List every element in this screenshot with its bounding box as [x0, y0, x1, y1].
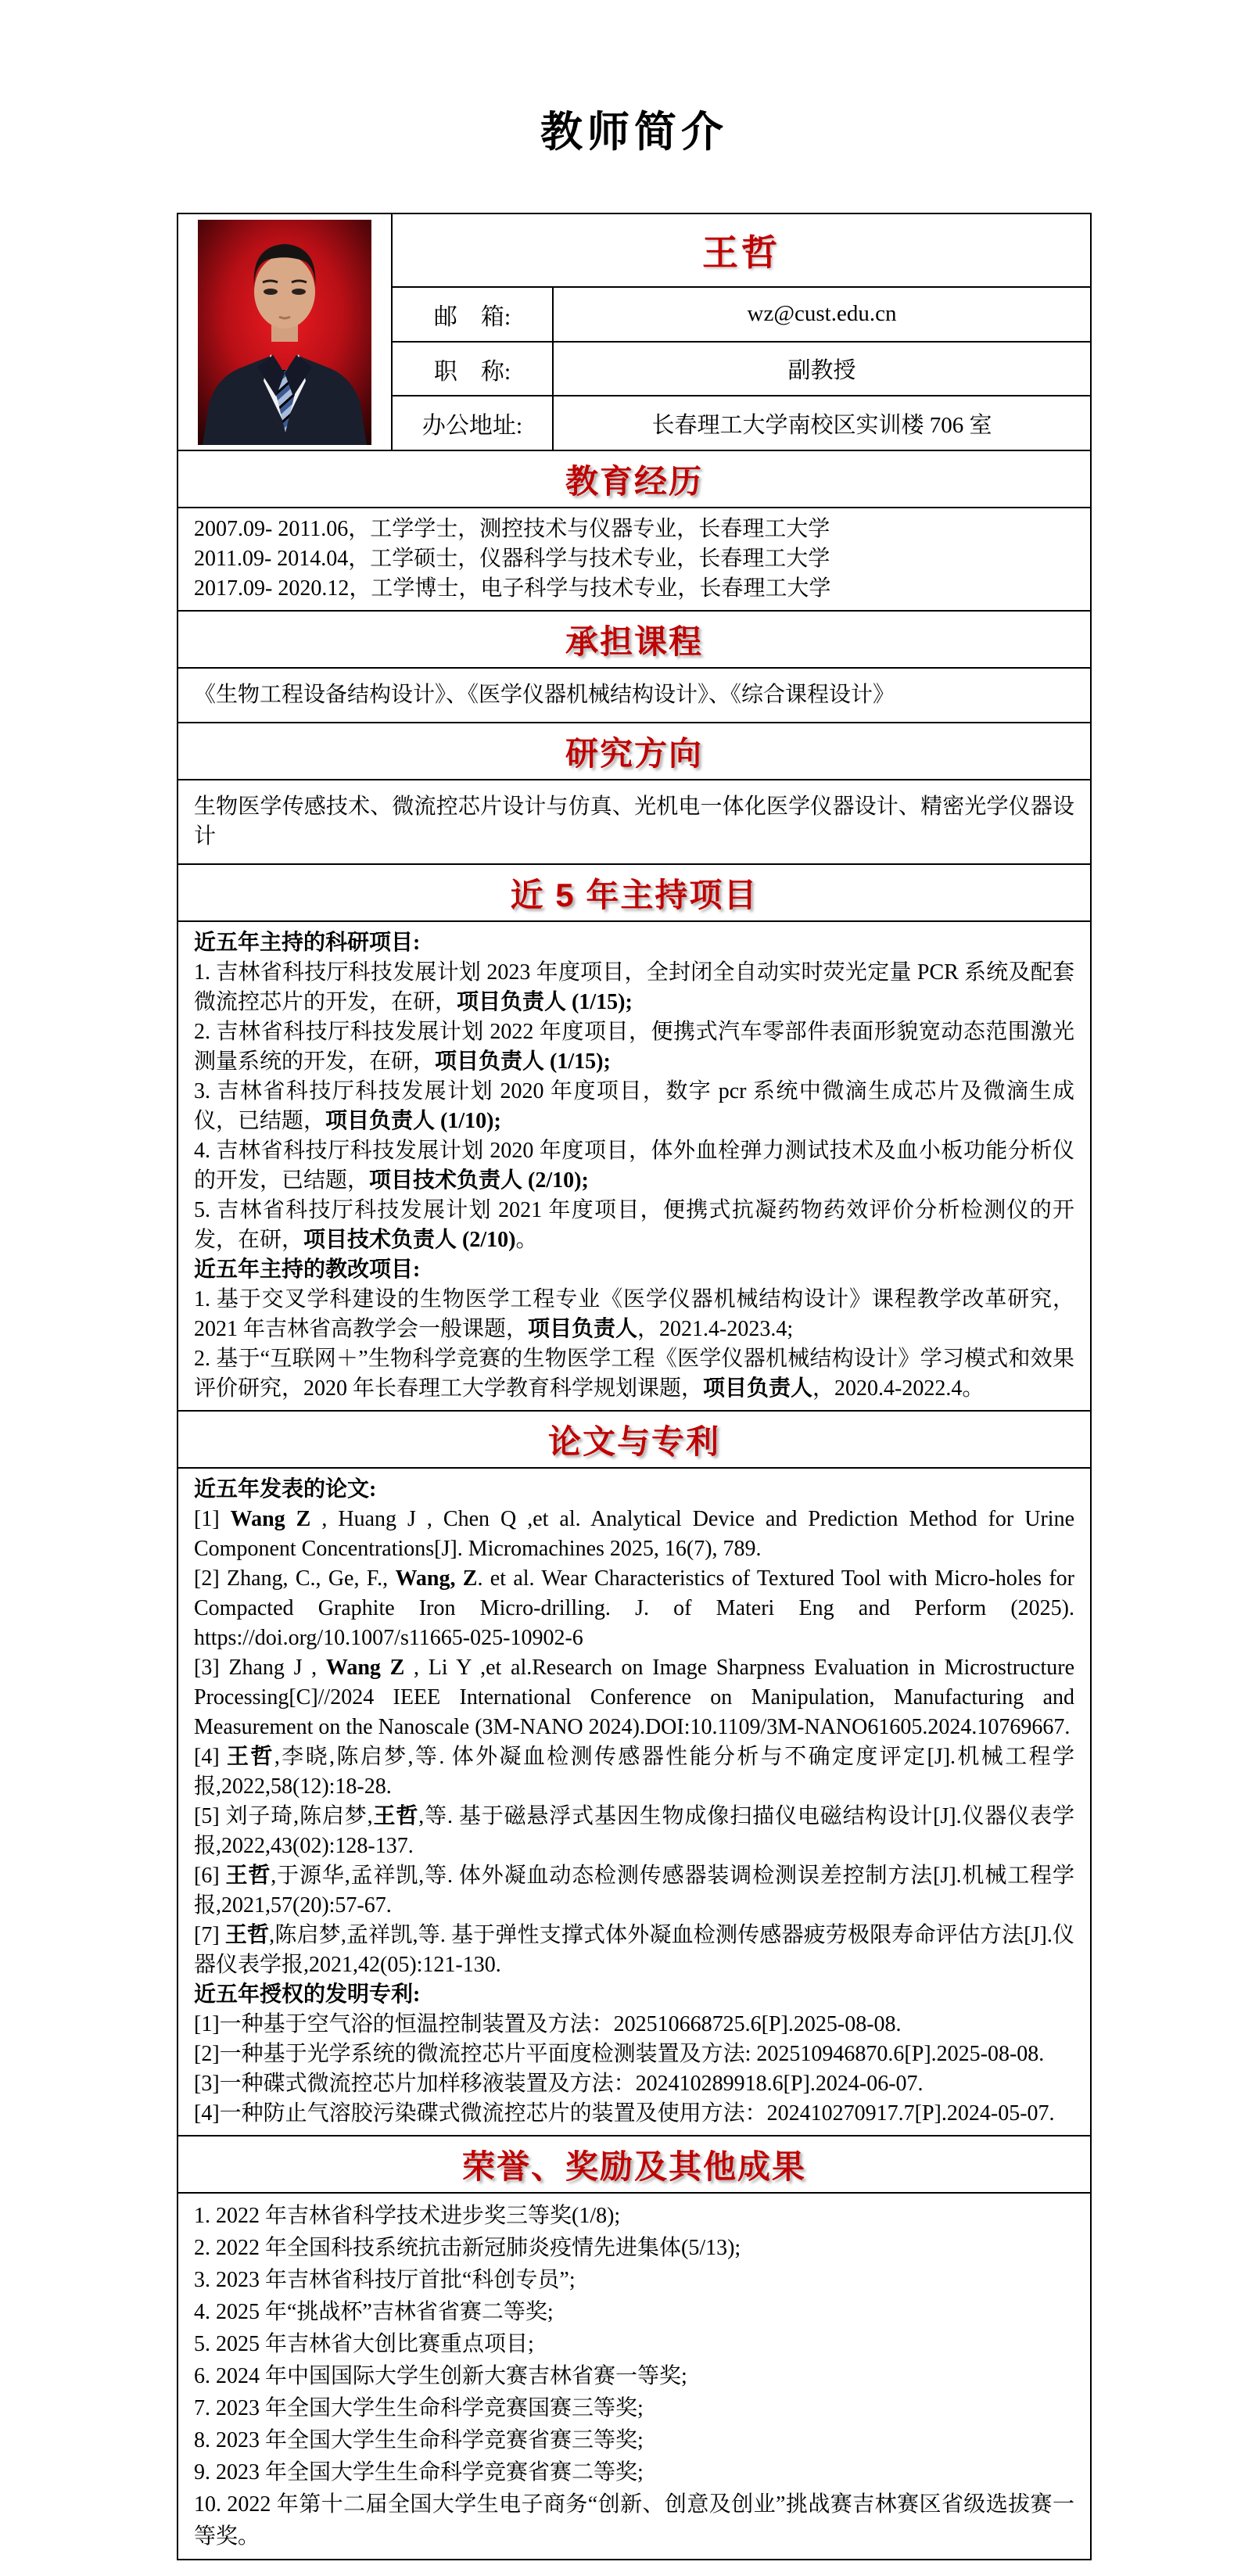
section-header-papers: 论文与专利	[178, 1412, 1090, 1469]
content-paragraph: [4] 王哲,李晓,陈启梦,等. 体外凝血检测传感器性能分析与不确定度评定[J]…	[194, 1742, 1074, 1802]
content-paragraph: 5. 2025 年吉林省大创比赛重点项目;	[194, 2328, 1074, 2360]
content-paragraph: 2011.09- 2014.04，工学硕士，仪器科学与技术专业，长春理工大学	[194, 544, 1074, 574]
basic-info-fields: 王哲 邮 箱: wz@cust.edu.cn 职 称: 副教授 办公地址: 长春…	[393, 214, 1090, 450]
content-paragraph: 6. 2024 年中国国际大学生创新大赛吉林省赛一等奖;	[194, 2360, 1074, 2392]
content-paragraph: [3]一种碟式微流控芯片加样移液装置及方法：202410289918.6[P].…	[194, 2069, 1074, 2099]
email-value: wz@cust.edu.cn	[554, 288, 1090, 341]
section-content-projects: 近五年主持的科研项目:1. 吉林省科技厅科技发展计划 2023 年度项目，全封闭…	[178, 922, 1090, 1412]
content-paragraph: 近五年发表的论文:	[194, 1475, 1074, 1505]
content-paragraph: [1] Wang Z , Huang J , Chen Q ,et al. An…	[194, 1505, 1074, 1564]
content-paragraph: 8. 2023 年全国大学生生命科学竞赛省赛三等奖;	[194, 2424, 1074, 2456]
teacher-photo	[198, 220, 371, 445]
section-header-projects: 近 5 年主持项目	[178, 865, 1090, 922]
sections-container: 教育经历2007.09- 2011.06，工学学士，测控技术与仪器专业，长春理工…	[178, 451, 1090, 2559]
field-row-email: 邮 箱: wz@cust.edu.cn	[393, 288, 1090, 343]
content-paragraph: 1. 吉林省科技厅科技发展计划 2023 年度项目，全封闭全自动实时荧光定量 P…	[194, 958, 1074, 1017]
content-paragraph: 近五年授权的发明专利:	[194, 1980, 1074, 2010]
job-title-label: 职 称:	[393, 343, 554, 396]
teacher-name: 王哲	[393, 214, 1090, 288]
content-paragraph: 2007.09- 2011.06，工学学士，测控技术与仪器专业，长春理工大学	[194, 515, 1074, 544]
content-paragraph: 7. 2023 年全国大学生生命科学竞赛国赛三等奖;	[194, 2392, 1074, 2424]
section-header-honors: 荣誉、奖励及其他成果	[178, 2137, 1090, 2194]
section-content-courses: 《生物工程设备结构设计》、《医学仪器机械结构设计》、《综合课程设计》	[178, 669, 1090, 723]
section-header-education: 教育经历	[178, 451, 1090, 508]
content-paragraph: 9. 2023 年全国大学生生命科学竞赛省赛二等奖;	[194, 2456, 1074, 2488]
content-paragraph: 10. 2022 年第十二届全国大学生电子商务“创新、创意及创业”挑战赛吉林赛区…	[194, 2488, 1074, 2553]
content-paragraph: 《生物工程设备结构设计》、《医学仪器机械结构设计》、《综合课程设计》	[194, 680, 1074, 710]
basic-info-section: 王哲 邮 箱: wz@cust.edu.cn 职 称: 副教授 办公地址: 长春…	[178, 214, 1090, 451]
job-title-value: 副教授	[554, 343, 1090, 396]
section-content-research: 生物医学传感技术、微流控芯片设计与仿真、光机电一体化医学仪器设计、精密光学仪器设…	[178, 780, 1090, 865]
content-paragraph: [1]一种基于空气浴的恒温控制装置及方法：202510668725.6[P].2…	[194, 2010, 1074, 2040]
content-paragraph: [2]一种基于光学系统的微流控芯片平面度检测装置及方法: 20251094687…	[194, 2040, 1074, 2069]
page-title: 教师简介	[177, 99, 1092, 159]
office-label: 办公地址:	[393, 396, 554, 450]
content-paragraph: 4. 吉林省科技厅科技发展计划 2020 年度项目，体外血栓弹力测试技术及血小板…	[194, 1136, 1074, 1196]
content-paragraph: [7] 王哲,陈启梦,孟祥凯,等. 基于弹性支撑式体外凝血检测传感器疲劳极限寿命…	[194, 1921, 1074, 1980]
content-paragraph: 2. 吉林省科技厅科技发展计划 2022 年度项目，便携式汽车零部件表面形貌宽动…	[194, 1017, 1074, 1077]
content-paragraph: 1. 基于交叉学科建设的生物医学工程专业《医学仪器机械结构设计》课程教学改革研究…	[194, 1285, 1074, 1344]
content-paragraph: [5] 刘子琦,陈启梦,王哲,等. 基于磁悬浮式基因生物成像扫描仪电磁结构设计[…	[194, 1802, 1074, 1861]
content-paragraph: [2] Zhang, C., Ge, F., Wang, Z. et al. W…	[194, 1564, 1074, 1653]
content-paragraph: 近五年主持的教改项目:	[194, 1255, 1074, 1285]
profile-table: 王哲 邮 箱: wz@cust.edu.cn 职 称: 副教授 办公地址: 长春…	[177, 213, 1092, 2560]
content-paragraph: 3. 吉林省科技厅科技发展计划 2020 年度项目，数字 pcr 系统中微滴生成…	[194, 1077, 1074, 1136]
content-paragraph: 近五年主持的科研项目:	[194, 928, 1074, 958]
section-content-honors: 1. 2022 年吉林省科学技术进步奖三等奖(1/8);2. 2022 年全国科…	[178, 2194, 1090, 2559]
content-paragraph: 5. 吉林省科技厅科技发展计划 2021 年度项目，便携式抗凝药物药效评价分析检…	[194, 1196, 1074, 1255]
content-paragraph: 生物医学传感技术、微流控芯片设计与仿真、光机电一体化医学仪器设计、精密光学仪器设…	[194, 792, 1074, 852]
content-paragraph: [4]一种防止气溶胶污染碟式微流控芯片的装置及使用方法：202410270917…	[194, 2099, 1074, 2129]
section-content-papers: 近五年发表的论文:[1] Wang Z , Huang J , Chen Q ,…	[178, 1469, 1090, 2137]
field-row-office: 办公地址: 长春理工大学南校区实训楼 706 室	[393, 396, 1090, 450]
content-paragraph: 3. 2023 年吉林省科技厅首批“科创专员”;	[194, 2264, 1074, 2296]
content-paragraph: 1. 2022 年吉林省科学技术进步奖三等奖(1/8);	[194, 2200, 1074, 2232]
section-content-education: 2007.09- 2011.06，工学学士，测控技术与仪器专业，长春理工大学20…	[178, 508, 1090, 612]
email-label: 邮 箱:	[393, 288, 554, 341]
office-value: 长春理工大学南校区实训楼 706 室	[554, 396, 1090, 450]
section-header-courses: 承担课程	[178, 612, 1090, 669]
content-paragraph: [6] 王哲,于源华,孟祥凯,等. 体外凝血动态检测传感器装调检测误差控制方法[…	[194, 1861, 1074, 1921]
section-header-research: 研究方向	[178, 723, 1090, 780]
content-paragraph: [3] Zhang J , Wang Z , Li Y ,et al.Resea…	[194, 1653, 1074, 1742]
content-paragraph: 2. 基于“互联网＋”生物科学竞赛的生物医学工程《医学仪器机械结构设计》学习模式…	[194, 1344, 1074, 1404]
content-paragraph: 2017.09- 2020.12，工学博士，电子科学与技术专业，长春理工大学	[194, 574, 1074, 604]
photo-cell	[178, 214, 393, 450]
content-paragraph: 4. 2025 年“挑战杯”吉林省省赛二等奖;	[194, 2296, 1074, 2328]
field-row-title: 职 称: 副教授	[393, 343, 1090, 397]
content-paragraph: 2. 2022 年全国科技系统抗击新冠肺炎疫情先进集体(5/13);	[194, 2232, 1074, 2264]
